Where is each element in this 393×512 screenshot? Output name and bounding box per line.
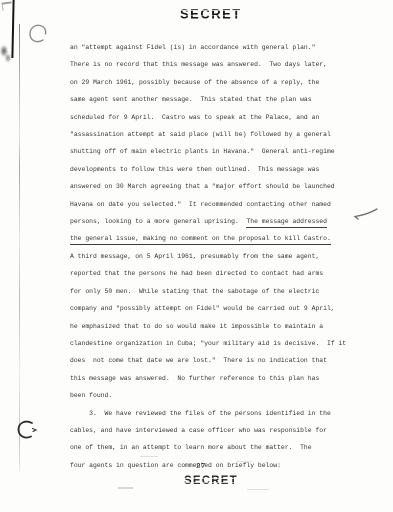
typed-line: this message was answered. No further re… — [70, 370, 370, 387]
pencil-c-annotation — [16, 419, 40, 443]
typed-line: scheduled for 9 April. Castro was to spe… — [70, 109, 370, 126]
typed-line: he emphasized that to do so would make i… — [70, 318, 370, 335]
classification-stamp-bottom: SECRET — [184, 475, 238, 488]
typed-line: developments to follow this were then ou… — [70, 161, 370, 178]
typed-line: clandestine organization in Cuba; "your … — [70, 335, 370, 352]
underlined-text: The message addressed — [246, 218, 327, 228]
typed-line: does not come that date we are lost." Th… — [70, 352, 370, 369]
stamp-distress-streak — [178, 15, 244, 16]
typed-lines: an "attempt against Fidel (is) in accord… — [70, 39, 370, 474]
classification-stamp-top-text: SECRET — [180, 5, 242, 21]
scan-faint-dash — [247, 489, 269, 490]
typed-line: persons, looking to a more general upris… — [70, 213, 370, 230]
stamp-distress-streak — [182, 478, 240, 479]
typed-line: one of them, in an attempt to learn more… — [70, 439, 370, 456]
underlined-text: the general issue, making no comment on … — [70, 235, 331, 245]
typed-line: Havana on date you selected." It recomme… — [70, 196, 370, 213]
scan-smudge — [0, 43, 13, 65]
page-number: 27 — [196, 463, 206, 471]
typed-line: A third message, on 5 April 1961, presum… — [70, 248, 370, 265]
typed-line: company and "possibly attempt on Fidel" … — [70, 300, 370, 317]
typed-line: been found. — [70, 387, 370, 404]
pencil-check-annotation — [350, 206, 380, 222]
scan-faint-dash — [118, 487, 133, 489]
typed-line: 3. We have reviewed the files of the per… — [70, 405, 370, 422]
typed-line: on 29 March 1961, possibly because of th… — [70, 74, 370, 91]
scan-corner-mark — [1, 1, 12, 10]
pencil-circle-annotation — [29, 24, 49, 46]
typed-line: same agent sent another message. This st… — [70, 91, 370, 108]
typed-line: There is no record that this message was… — [70, 56, 370, 73]
typed-line: four agents in question are commented on… — [70, 457, 370, 474]
scan-faint-dash — [237, 461, 252, 462]
typed-line: an "attempt against Fidel (is) in accord… — [70, 39, 370, 56]
typed-line: for only 50 men. While stating that the … — [70, 283, 370, 300]
scan-edge-line — [19, 24, 20, 472]
classification-stamp-bottom-text: SECRET — [184, 475, 238, 488]
classification-stamp-top: SECRET — [180, 5, 242, 21]
typed-line: answered on 30 March agreeing that a "ma… — [70, 178, 370, 195]
stamp-distress-streak — [182, 482, 240, 483]
typed-line: reported that the persons he had been di… — [70, 265, 370, 282]
typed-line: cables, and have interviewed a case offi… — [70, 422, 370, 439]
typed-line: shutting off of main electric plants in … — [70, 143, 370, 160]
typed-line: "assassination attempt at said place (wi… — [70, 126, 370, 143]
typed-line: the general issue, making no comment on … — [70, 230, 370, 247]
scanned-document-page: SECRET an "attempt against Fidel (is) in… — [0, 0, 393, 512]
stamp-distress-streak — [178, 10, 244, 11]
scan-faint-dash — [140, 456, 158, 457]
